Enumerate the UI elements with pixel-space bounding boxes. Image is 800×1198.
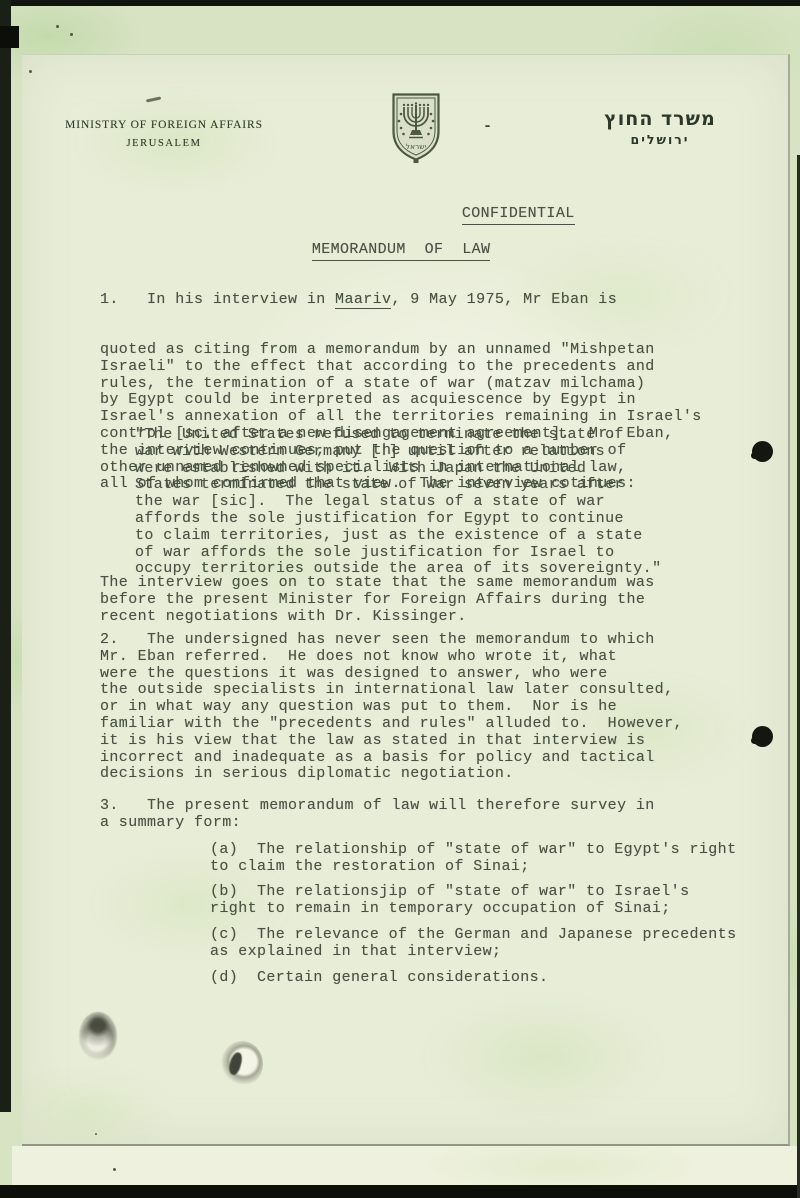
list-item-a: (a) The relationship of "state of war" t…: [210, 842, 736, 876]
emblem-caption-text: ישראל: [406, 142, 427, 151]
hebrew-city-name: ירושלים: [575, 132, 745, 147]
classification-heading: CONFIDENTIAL: [443, 189, 575, 223]
para1-prefix: 1. In his interview in: [100, 291, 335, 308]
scan-border-notch: [0, 26, 19, 48]
para1-suffix: , 9 May 1975, Mr Eban is: [391, 291, 617, 308]
dust-speck: [56, 25, 59, 28]
scan-border-bottom: [0, 1185, 800, 1198]
punch-hole-stain: [221, 1041, 263, 1087]
ministry-city: JERUSALEM: [58, 138, 270, 149]
hebrew-ministry-name: משרד החוץ: [575, 108, 745, 130]
hebrew-letterhead: משרד החוץ ירושלים: [575, 108, 745, 147]
black-dot-marker-1: [752, 441, 773, 462]
dust-speck: [29, 70, 32, 73]
scanned-memo-screenshot: { "colors":{ "scan_bg":"#d8e3c4","paper"…: [0, 0, 800, 1198]
dust-speck: [113, 1168, 116, 1171]
dust-speck: [70, 33, 73, 36]
ministry-name: MINISTRY OF FOREIGN AFFAIRS: [58, 119, 270, 131]
underlying-sheet-edge: [12, 1146, 797, 1186]
black-dot-marker-2: [752, 726, 773, 747]
ministry-letterhead: MINISTRY OF FOREIGN AFFAIRS JERUSALEM: [58, 119, 270, 149]
scan-border-top: [0, 0, 800, 6]
list-item-c: (c) The relevance of the German and Japa…: [210, 927, 736, 961]
para1-underlined-word: Maariv: [335, 291, 391, 309]
classification-text: CONFIDENTIAL: [462, 205, 575, 225]
ink-blot-stain: [79, 1012, 117, 1060]
list-item-b: (b) The relationsjip of "state of war" t…: [210, 884, 689, 918]
paragraph-1-continuation: The interview goes on to state that the …: [100, 575, 655, 625]
header-dash: -: [483, 118, 492, 135]
document-title: MEMORANDUM OF LAW: [293, 225, 490, 259]
paragraph-1-line-1: 1. In his interview in Maariv, 9 May 197…: [100, 292, 702, 309]
paragraph-2: 2. The undersigned has never seen the me…: [100, 632, 683, 783]
scan-border-left: [0, 0, 11, 1112]
list-item-d: (d) Certain general considerations.: [210, 970, 548, 987]
dust-speck: [95, 1133, 97, 1135]
block-quote: "The United States refused to terminate …: [135, 427, 661, 578]
paragraph-3: 3. The present memorandum of law will th…: [100, 798, 655, 832]
israel-state-emblem-icon: ישראל: [390, 92, 442, 164]
